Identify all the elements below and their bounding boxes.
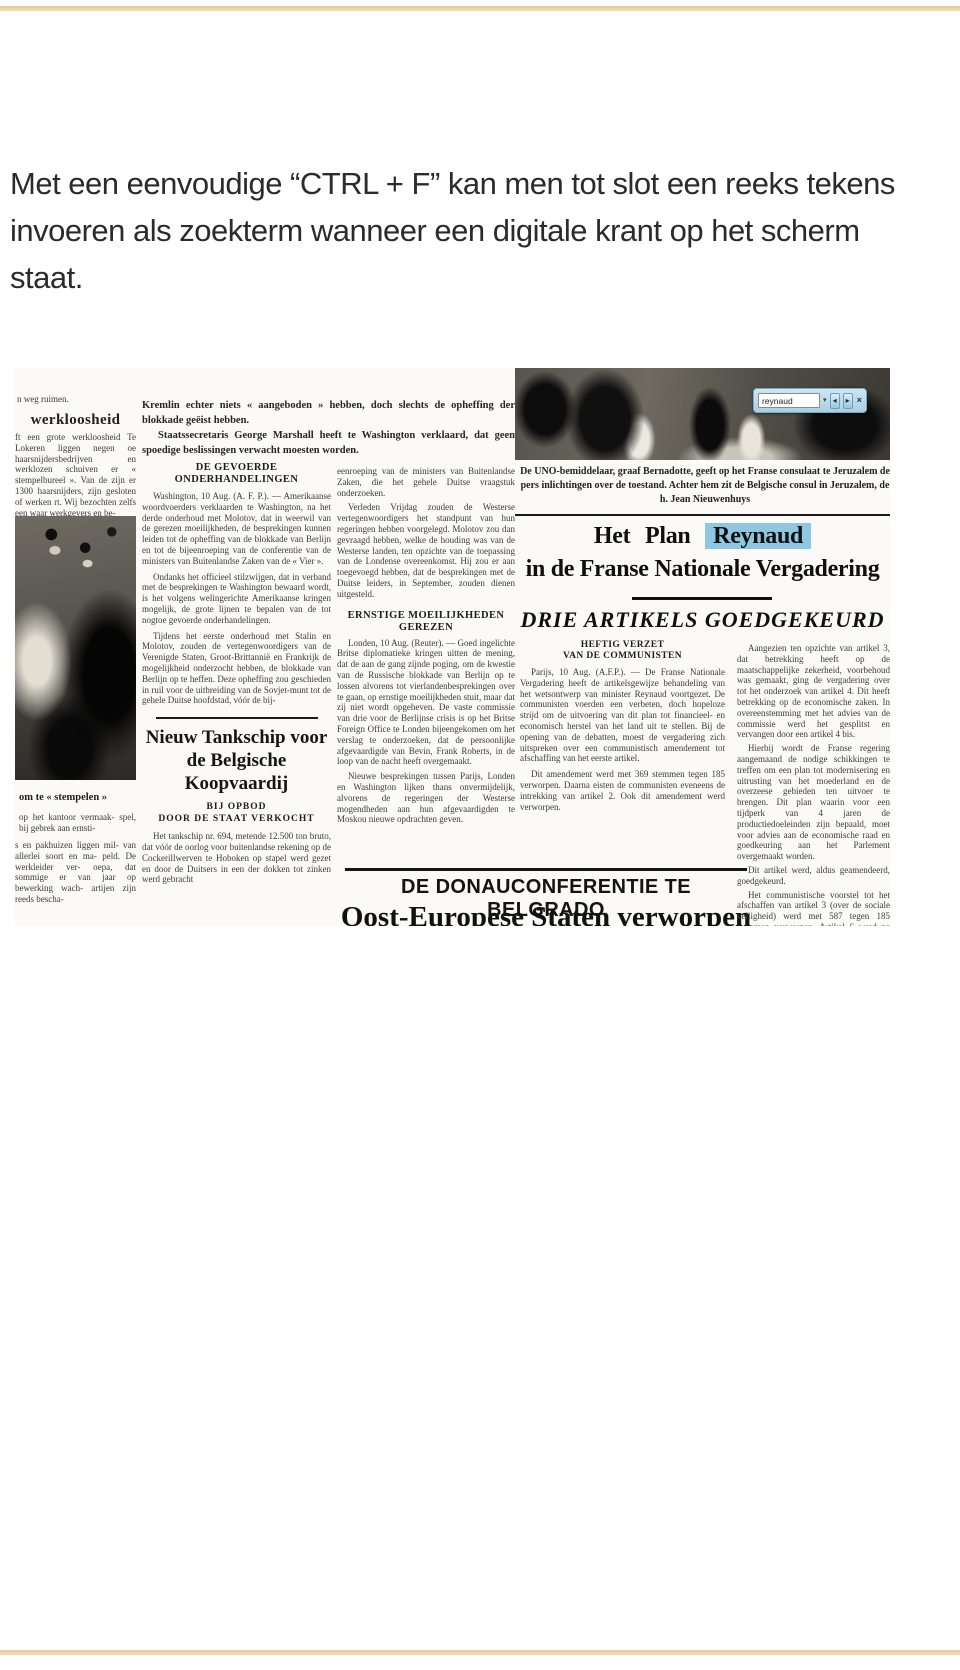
section-heading-line: GEREZEN — [337, 622, 515, 634]
article-divider — [156, 717, 318, 719]
page-top-border — [0, 6, 960, 11]
headline-line: Nieuw Tankschip voor — [142, 726, 331, 749]
article-paragraph: Washington, 10 Aug. (A. F. P.). — Amerik… — [142, 491, 331, 567]
subhead-line: BIJ OPBOD — [142, 801, 331, 813]
section-heading-line: ERNSTIGE MOEILIJKHEDEN — [337, 610, 515, 622]
article-divider — [345, 868, 747, 871]
section-heading-line: DE GEVOERDE — [142, 462, 331, 474]
subhead-bij-opbod: BIJ OPBOD DOOR DE STAAT VERKOCHT — [142, 801, 331, 825]
article-paragraph: Nieuwe besprekingen tussen Parijs, Londe… — [337, 771, 515, 825]
article-paragraph: Het communistische voorstel tot het afsc… — [737, 890, 890, 926]
lead-paragraph: Staatssecretaris George Marshall heeft t… — [142, 428, 515, 458]
subhead-line: DOOR DE STAAT VERKOCHT — [142, 813, 331, 825]
headline-plan-reynaud: Het Plan Reynaud in de Franse Nationale … — [515, 520, 890, 586]
photo-caption: De UNO-bemiddelaar, graaf Bernadotte, ge… — [520, 465, 890, 507]
lead-paragraphs: Kremlin echter niets « aangeboden » hebb… — [142, 398, 515, 458]
article-paragraph: Dit amendement werd met 369 stemmen tege… — [520, 769, 725, 812]
article-paragraph: ft een grote werkloosheid Te Lokeren lig… — [15, 432, 136, 518]
article-paragraph: Het tankschip nr. 694, metende 12.500 to… — [142, 831, 331, 885]
kicker-line: HEFTIG VERZET — [520, 640, 725, 651]
find-input[interactable] — [758, 393, 820, 408]
section-heading: DE GEVOERDE ONDERHANDELINGEN — [142, 462, 331, 486]
article-paragraph: Verleden Vrijdag zouden de Westerse vert… — [337, 502, 515, 599]
subhead-stempelen: om te « stempelen » — [19, 792, 107, 803]
article-divider — [632, 597, 772, 600]
article-paragraph: Ondanks het officieel stilzwijgen, dat i… — [142, 572, 331, 626]
chevron-down-icon[interactable]: ▾ — [823, 397, 827, 404]
lead-paragraph: Kremlin echter niets « aangeboden » hebb… — [142, 398, 515, 428]
article-paragraph: Hierbij wordt de Franse regering aangema… — [737, 743, 890, 862]
article-paragraph: eenroeping van de ministers van Buitenla… — [337, 466, 515, 498]
headline-tankschip: Nieuw Tankschip voor de Belgische Koopva… — [142, 726, 331, 795]
find-previous-button[interactable]: ◂ — [830, 393, 840, 409]
page-title: Met een eenvoudige “CTRL + F” kan men to… — [10, 160, 958, 301]
page-title-line: staat. — [10, 254, 958, 301]
page-bottom-border — [0, 1650, 960, 1655]
column-moeilijkheden: eenroeping van de ministers van Buitenla… — [337, 462, 515, 825]
find-next-button[interactable]: ▸ — [843, 393, 853, 409]
article-paragraph: Tijdens het eerste onderhoud met Stalin … — [142, 631, 331, 707]
page-title-line: Met een eenvoudige “CTRL + F” kan men to… — [10, 160, 958, 207]
article-divider — [515, 514, 890, 516]
column-reynaud-left: HEFTIG VERZET VAN DE COMMUNISTEN Parijs,… — [520, 640, 725, 812]
section-heading-line: ONDERHANDELINGEN — [142, 474, 331, 486]
article-fragment: n weg ruimen. — [17, 394, 69, 405]
article-paragraph: Londen, 10 Aug. (Reuter). — Goed ingelic… — [337, 638, 515, 768]
headline-werkloosheid: werkloosheid — [15, 412, 136, 429]
article-paragraph: Parijs, 10 Aug. (A.F.P.). — De Franse Na… — [520, 667, 725, 764]
headline-line: in de Franse Nationale Vergadering — [515, 553, 890, 586]
find-toolbar: ▾ ◂ ▸ × — [753, 388, 867, 413]
headline-line: de Belgische Koopvaardij — [142, 749, 331, 795]
newspaper-photo-bernadotte — [515, 368, 890, 460]
search-highlight: Reynaud — [705, 523, 811, 549]
column-reynaud-right: Aangezien ten opzichte van artikel 3, da… — [737, 640, 890, 926]
page-title-line: invoeren als zoekterm wanneer een digita… — [10, 207, 958, 254]
headline-text: Het Plan — [594, 523, 691, 549]
column-onderhandelingen: DE GEVOERDE ONDERHANDELINGEN Washington,… — [142, 462, 331, 885]
find-close-button[interactable]: × — [857, 396, 862, 405]
kicker-heading: HEFTIG VERZET VAN DE COMMUNISTEN — [520, 640, 725, 662]
newspaper-clipping: n weg ruimen. werkloosheid ft een grote … — [15, 368, 890, 926]
headline-drie-artikels: DRIE ARTIKELS GOEDGEKEURD — [515, 607, 890, 633]
newspaper-photo-crowd — [15, 516, 136, 780]
article-paragraph: Aangezien ten opzichte van artikel 3, da… — [737, 643, 890, 740]
article-paragraph: Dit artikel werd, aldus geamendeerd, goe… — [737, 865, 890, 887]
headline-line: Het Plan Reynaud — [515, 520, 890, 553]
kicker-line: VAN DE COMMUNISTEN — [520, 651, 725, 662]
article-paragraph: op het kantoor vermaak- spel, bij gebrek… — [19, 812, 136, 834]
section-heading: ERNSTIGE MOEILIJKHEDEN GEREZEN — [337, 610, 515, 634]
article-paragraph: s en pakhuizen liggen mil- van allerlei … — [15, 840, 136, 905]
document-page: Met een eenvoudige “CTRL + F” kan men to… — [0, 0, 960, 1670]
headline-oost-europese: Oost-Europese Staten verworpen — [340, 901, 752, 926]
